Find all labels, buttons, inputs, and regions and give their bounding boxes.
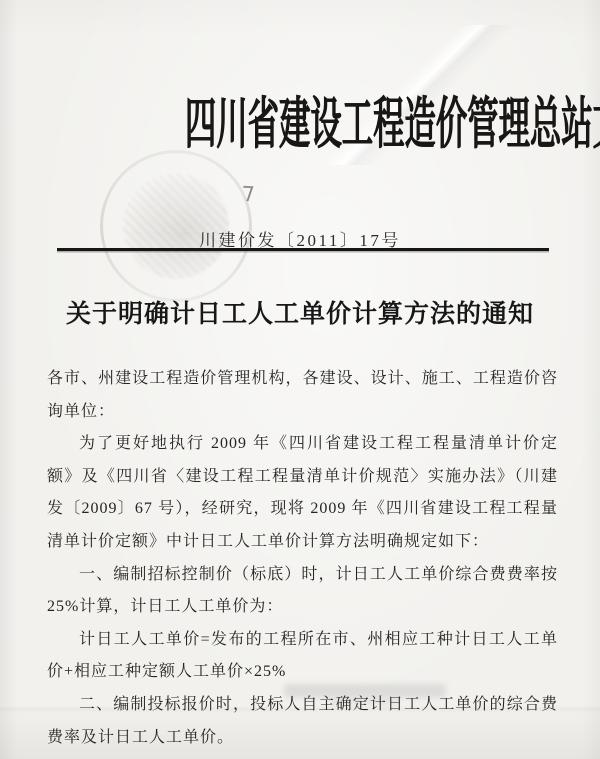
salutation-line: 各市、州建设工程造价管理机构，各建设、设计、施工、工程造价咨询单位：: [47, 363, 558, 428]
body-paragraph: 二、编制投标报价时，投标人自主确定计日工人工单价的综合费费率及计日工人工单价。: [47, 689, 558, 754]
masthead: 四川省建设工程造价管理总站文件: [0, 96, 600, 155]
ink-bleed-through: [330, 699, 400, 705]
ink-bleed-through: [284, 684, 446, 698]
body-paragraph: 为了更好地执行 2009 年《四川省建设工程工程量清单计价定额》及《四川省〈建设…: [47, 428, 558, 558]
separator-rule: [57, 248, 549, 251]
scanned-official-document-page: 四川省建设工程造价管理总站文件 川建价发〔2011〕17号 关于明确计日工人工单…: [0, 0, 600, 759]
body-paragraph: 计日工人工单价=发布的工程所在市、州相应工种计日工人工单价+相应工种定额人工单价…: [47, 624, 558, 689]
masthead-title: 四川省建设工程造价管理总站文件: [185, 96, 600, 155]
notice-title: 关于明确计日工人工单价计算方法的通知: [0, 294, 600, 330]
body-paragraph: 一、编制招标控制价（标底）时，计日工人工单价综合费费率按 25%计算，计日工人工…: [47, 559, 558, 624]
